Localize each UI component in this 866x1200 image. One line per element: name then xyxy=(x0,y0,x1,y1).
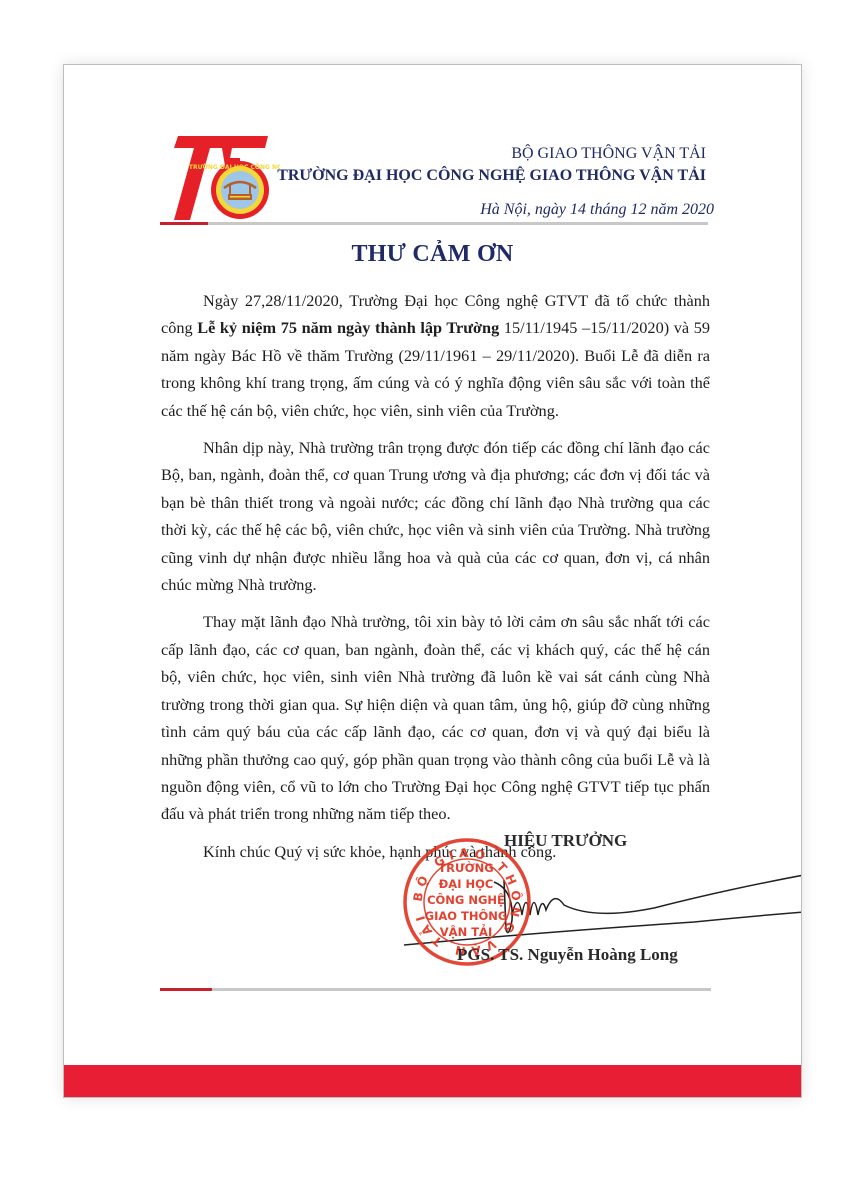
ministry-name: BỘ GIAO THÔNG VẬN TẢI xyxy=(277,143,706,165)
anniversary-75-logo: TRƯỜNG ĐẠI HỌC CÔNG NGHỆ xyxy=(170,132,280,224)
stamp-line: CÔNG NGHỆ xyxy=(416,892,516,908)
paragraph-3: Thay mặt lãnh đạo Nhà trường, tôi xin bà… xyxy=(161,608,710,827)
stamp-line: VẬN TẢI xyxy=(416,924,516,940)
stamp-center-text: TRƯỜNG ĐẠI HỌC CÔNG NGHỆ GIAO THÔNG VẬN … xyxy=(416,860,516,940)
letter-title: THƯ CẢM ƠN xyxy=(64,241,801,268)
header-organization: BỘ GIAO THÔNG VẬN TẢI TRƯỜNG ĐẠI HỌC CÔN… xyxy=(277,143,706,187)
paragraph-2: Nhân dịp này, Nhà trường trân trọng được… xyxy=(161,434,710,598)
date-line: Hà Nội, ngày 14 tháng 12 năm 2020 xyxy=(480,201,714,219)
university-name: TRƯỜNG ĐẠI HỌC CÔNG NGHỆ GIAO THÔNG VẬN … xyxy=(277,165,706,187)
footer-divider xyxy=(160,988,711,991)
stamp-line: TRƯỜNG xyxy=(416,860,516,876)
letter-body: Ngày 27,28/11/2020, Trường Đại học Công … xyxy=(161,287,710,875)
stamp-line: GIAO THÔNG xyxy=(416,908,516,924)
footer-divider-accent xyxy=(160,988,212,991)
header-divider xyxy=(160,222,708,225)
signatory-name: PGS. TS. Nguyễn Hoàng Long xyxy=(457,945,678,965)
header-divider-accent xyxy=(160,222,208,225)
p1-bold-event: Lễ kỷ niệm 75 năm ngày thành lập Trường xyxy=(197,318,499,337)
paragraph-1: Ngày 27,28/11/2020, Trường Đại học Công … xyxy=(161,287,710,424)
stamp-line: ĐẠI HỌC xyxy=(416,876,516,892)
logo-ring-text: TRƯỜNG ĐẠI HỌC CÔNG NGHỆ xyxy=(189,163,280,171)
footer-red-bar xyxy=(64,1065,801,1097)
letter-page: TRƯỜNG ĐẠI HỌC CÔNG NGHỆ BỘ GIAO THÔNG V… xyxy=(63,64,802,1098)
